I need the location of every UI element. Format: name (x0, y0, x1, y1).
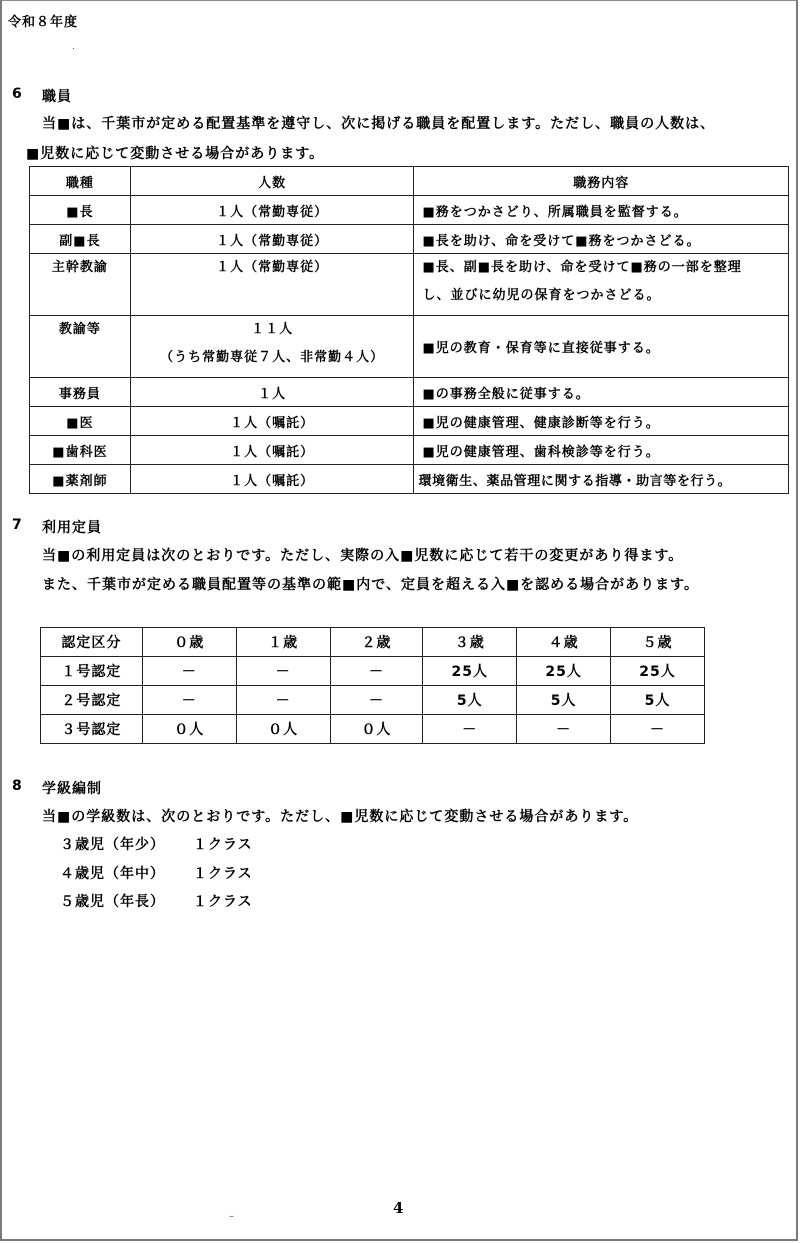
role-cell: 副■長 (30, 225, 131, 254)
header-cell: ２歳 (330, 628, 423, 657)
section6-title: 職員 (42, 86, 72, 106)
duty-cell: ■長を助け、命を受けて■務をつかさどる。 (414, 225, 789, 254)
value-cell: － (611, 715, 705, 744)
table-row: ２号認定 － － － 5人 5人 5人 (41, 686, 705, 715)
table-row: ■医 １人（嘱託） ■児の健康管理、健康診断等を行う。 (30, 407, 789, 436)
value-cell: 5人 (517, 686, 611, 715)
duty-line1: ■長、副■長を助け、命を受けて■務の一部を整理 (422, 254, 788, 282)
section6-number: 6 (12, 86, 23, 102)
count-cell: １人 (130, 378, 414, 407)
duty-cell: ■児の教育・保育等に直接従事する。 (414, 316, 789, 378)
section7-title: 利用定員 (42, 517, 102, 537)
header-cell: 認定区分 (41, 628, 143, 657)
header-cell-duty: 職務内容 (414, 167, 789, 196)
staff-table: 職種 人数 職務内容 ■長 １人（常勤専従） ■務をつかさどり、所属職員を監督す… (29, 166, 789, 494)
section6-intro-line2: ■児数に応じて変動させる場合があります。 (26, 143, 324, 163)
role-cell: ■長 (30, 196, 131, 225)
footer-mark: – (229, 1211, 234, 1222)
stray-mark (73, 48, 74, 49)
duty-cell: ■児の健康管理、歯科検診等を行う。 (414, 436, 789, 465)
class-count: １クラス (193, 863, 253, 883)
table-row: 主幹教諭 １人（常勤専従） ■長、副■長を助け、命を受けて■務の一部を整理 し、… (30, 254, 789, 316)
page-number: 4 (393, 1199, 403, 1217)
cert-type-cell: ２号認定 (41, 686, 143, 715)
role-cell: 主幹教諭 (30, 254, 131, 316)
header-cell: ４歳 (517, 628, 611, 657)
document-page: 令和８年度 6 職員 当■は、千葉市が定める配置基準を遵守し、次に掲げる職員を配… (0, 0, 798, 1241)
value-cell: 5人 (423, 686, 517, 715)
value-cell: ０人 (142, 715, 236, 744)
table-row: ■歯科医 １人（嘱託） ■児の健康管理、歯科検診等を行う。 (30, 436, 789, 465)
role-cell: ■薬剤師 (30, 465, 131, 494)
table-row: 副■長 １人（常勤専従） ■長を助け、命を受けて■務をつかさどる。 (30, 225, 789, 254)
duty-line2: し、並びに幼児の保育をつかさどる。 (422, 282, 788, 310)
table-row: ■薬剤師 １人（嘱託） 環境衛生、薬品管理に関する指導・助言等を行う。 (30, 465, 789, 494)
cert-type-cell: １号認定 (41, 657, 143, 686)
duty-cell: ■児の健康管理、健康診断等を行う。 (414, 407, 789, 436)
value-cell: － (142, 686, 236, 715)
table-header-row: 認定区分 ０歳 １歳 ２歳 ３歳 ４歳 ５歳 (41, 628, 705, 657)
class-count: １クラス (193, 834, 253, 854)
header-cell: ５歳 (611, 628, 705, 657)
header-cell: ３歳 (423, 628, 517, 657)
header-cell-count: 人数 (130, 167, 414, 196)
header-cell: １歳 (236, 628, 330, 657)
value-cell: － (330, 686, 423, 715)
class-age: ５歳児（年長） (60, 891, 165, 911)
role-cell: ■医 (30, 407, 131, 436)
value-cell: － (423, 715, 517, 744)
section8-intro: 当■の学級数は、次のとおりです。ただし、■児数に応じて変動させる場合があります。 (42, 806, 638, 826)
capacity-table: 認定区分 ０歳 １歳 ２歳 ３歳 ４歳 ５歳 １号認定 － － － 25人 25… (40, 627, 705, 744)
class-age: ４歳児（年中） (60, 863, 165, 883)
header-cell-role: 職種 (30, 167, 131, 196)
role-cell: 事務員 (30, 378, 131, 407)
value-cell: ０人 (330, 715, 423, 744)
section7-intro-line2: また、千葉市が定める職員配置等の基準の範■内で、定員を超える入■を認める場合があ… (42, 574, 699, 594)
value-cell: 25人 (517, 657, 611, 686)
fiscal-year-label: 令和８年度 (8, 11, 78, 30)
role-cell: ■歯科医 (30, 436, 131, 465)
value-cell: － (236, 686, 330, 715)
value-cell: ０人 (236, 715, 330, 744)
value-cell: － (142, 657, 236, 686)
table-row: 事務員 １人 ■の事務全般に従事する。 (30, 378, 789, 407)
table-row: ３号認定 ０人 ０人 ０人 － － － (41, 715, 705, 744)
cert-type-cell: ３号認定 (41, 715, 143, 744)
count-cell: １人（嘱託） (130, 465, 414, 494)
value-cell: 25人 (423, 657, 517, 686)
section7-number: 7 (12, 517, 23, 533)
count-line2: （うち常勤専従７人、非常勤４人） (131, 344, 414, 372)
table-row: ■長 １人（常勤専従） ■務をつかさどり、所属職員を監督する。 (30, 196, 789, 225)
section7-intro-line1: 当■の利用定員は次のとおりです。ただし、実際の入■児数に応じて若干の変更があり得… (42, 545, 683, 565)
value-cell: 5人 (611, 686, 705, 715)
value-cell: － (236, 657, 330, 686)
duty-cell: ■務をつかさどり、所属職員を監督する。 (414, 196, 789, 225)
header-cell: ０歳 (142, 628, 236, 657)
table-row: 教諭等 １１人 （うち常勤専従７人、非常勤４人） ■児の教育・保育等に直接従事す… (30, 316, 789, 378)
count-cell: １人（嘱託） (130, 407, 414, 436)
section8-number: 8 (12, 778, 23, 794)
section6-intro-line1: 当■は、千葉市が定める配置基準を遵守し、次に掲げる職員を配置します。ただし、職員… (42, 113, 715, 133)
class-age: ３歳児（年少） (60, 834, 165, 854)
count-cell: １人（常勤専従） (130, 225, 414, 254)
table-row: １号認定 － － － 25人 25人 25人 (41, 657, 705, 686)
value-cell: － (330, 657, 423, 686)
value-cell: － (517, 715, 611, 744)
duty-cell: ■長、副■長を助け、命を受けて■務の一部を整理 し、並びに幼児の保育をつかさどる… (414, 254, 789, 316)
count-cell: １１人 （うち常勤専従７人、非常勤４人） (130, 316, 414, 378)
section8-title: 学級編制 (42, 778, 102, 798)
count-cell: １人（常勤専従） (130, 196, 414, 225)
class-count: １クラス (193, 891, 253, 911)
table-header-row: 職種 人数 職務内容 (30, 167, 789, 196)
duty-cell: 環境衛生、薬品管理に関する指導・助言等を行う。 (414, 465, 789, 494)
count-line1: １１人 (131, 316, 414, 344)
duty-cell: ■の事務全般に従事する。 (414, 378, 789, 407)
role-cell: 教諭等 (30, 316, 131, 378)
count-cell: １人（常勤専従） (130, 254, 414, 316)
value-cell: 25人 (611, 657, 705, 686)
count-cell: １人（嘱託） (130, 436, 414, 465)
